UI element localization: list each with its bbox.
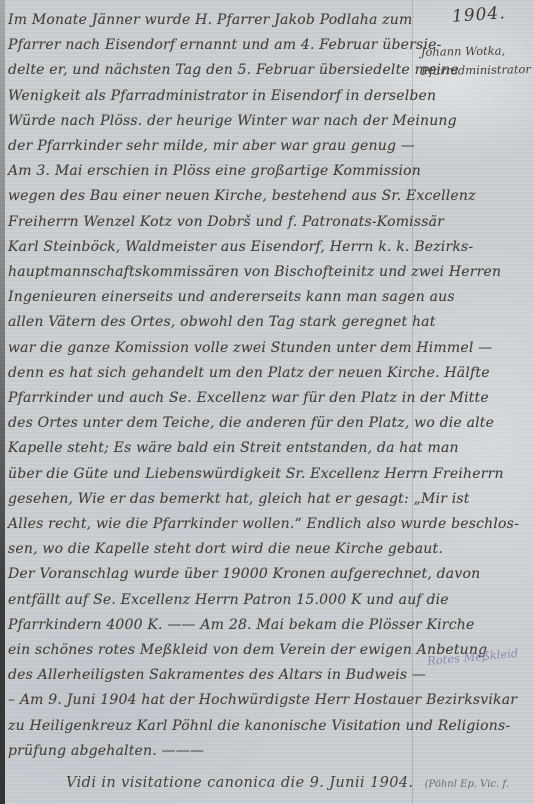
text-line: zu Heiligenkreuz Karl Pöhnl die kanonisc…	[8, 714, 448, 739]
scan-edge	[0, 0, 5, 804]
visitation-note: Vidi in visitatione canonica die 9. Juni…	[66, 775, 414, 791]
year-label: 1904.	[451, 3, 506, 27]
text-line: Freiherrn Wenzel Kotz von Dobrš und f. P…	[8, 210, 448, 235]
text-line: des Allerheiligsten Sakramentes des Alta…	[8, 663, 448, 688]
text-line: Der Voranschlag wurde über 19000 Kronen …	[8, 562, 448, 587]
text-line: gesehen, Wie er das bemerkt hat, gleich …	[8, 487, 448, 512]
text-line: Pfarrer nach Eisendorf ernannt und am 4.…	[8, 33, 448, 58]
text-line: über die Güte und Liebenswürdigkeit Sr. …	[8, 462, 448, 487]
text-line: sen, wo die Kapelle steht dort wird die …	[8, 537, 448, 562]
text-line: Karl Steinböck, Waldmeister aus Eisendor…	[8, 235, 448, 260]
text-line: hauptmannschaftskommissären von Bischoft…	[8, 260, 448, 285]
text-line: Pfarrkinder und auch Se. Excellenz war f…	[8, 386, 448, 411]
text-line: war die ganze Komission volle zwei Stund…	[8, 336, 448, 361]
text-line: entfällt auf Se. Excellenz Herrn Patron …	[8, 588, 448, 613]
text-line: wegen des Bau einer neuen Kirche, besteh…	[8, 184, 448, 209]
text-line: ein schönes rotes Meßkleid von dem Verei…	[8, 638, 448, 663]
text-line: Alles recht, wie die Pfarrkinder wollen.…	[8, 512, 448, 537]
text-line: des Ortes unter dem Teiche, die anderen …	[8, 411, 448, 436]
text-line: Ingenieuren einerseits und andererseits …	[8, 285, 448, 310]
text-line: prüfung abgehalten. ———	[8, 739, 448, 764]
text-line: Im Monate Jänner wurde H. Pfarrer Jakob …	[8, 8, 448, 33]
text-line: – Am 9. Juni 1904 hat der Hochwürdigste …	[8, 688, 448, 713]
visitation-footer: Vidi in visitatione canonica die 9. Juni…	[66, 772, 526, 791]
text-line: Pfarrkindern 4000 K. —— Am 28. Mai bekam…	[8, 613, 448, 638]
text-line: der Pfarrkinder sehr milde, mir aber war…	[8, 134, 448, 159]
manuscript-text: Im Monate Jänner wurde H. Pfarrer Jakob …	[8, 8, 448, 764]
text-line: Würde nach Plöss. der heurige Winter war…	[8, 109, 448, 134]
text-line: allen Vätern des Ortes, obwohl den Tag s…	[8, 310, 448, 335]
text-line: delte er, und nächsten Tag den 5. Februa…	[8, 58, 448, 83]
text-line: denn es hat sich gehandelt um den Platz …	[8, 361, 448, 386]
manuscript-page: 1904. Johann Wotka, Pfarradministrator I…	[0, 0, 533, 804]
visitation-signature: (Pöhnl Ep. Vic. f.	[425, 779, 509, 790]
text-line: Am 3. Mai erschien in Plöss eine großart…	[8, 159, 448, 184]
text-line: Kapelle steht; Es wäre bald ein Streit e…	[8, 436, 448, 461]
text-line: Wenigkeit als Pfarradministrator in Eise…	[8, 84, 448, 109]
